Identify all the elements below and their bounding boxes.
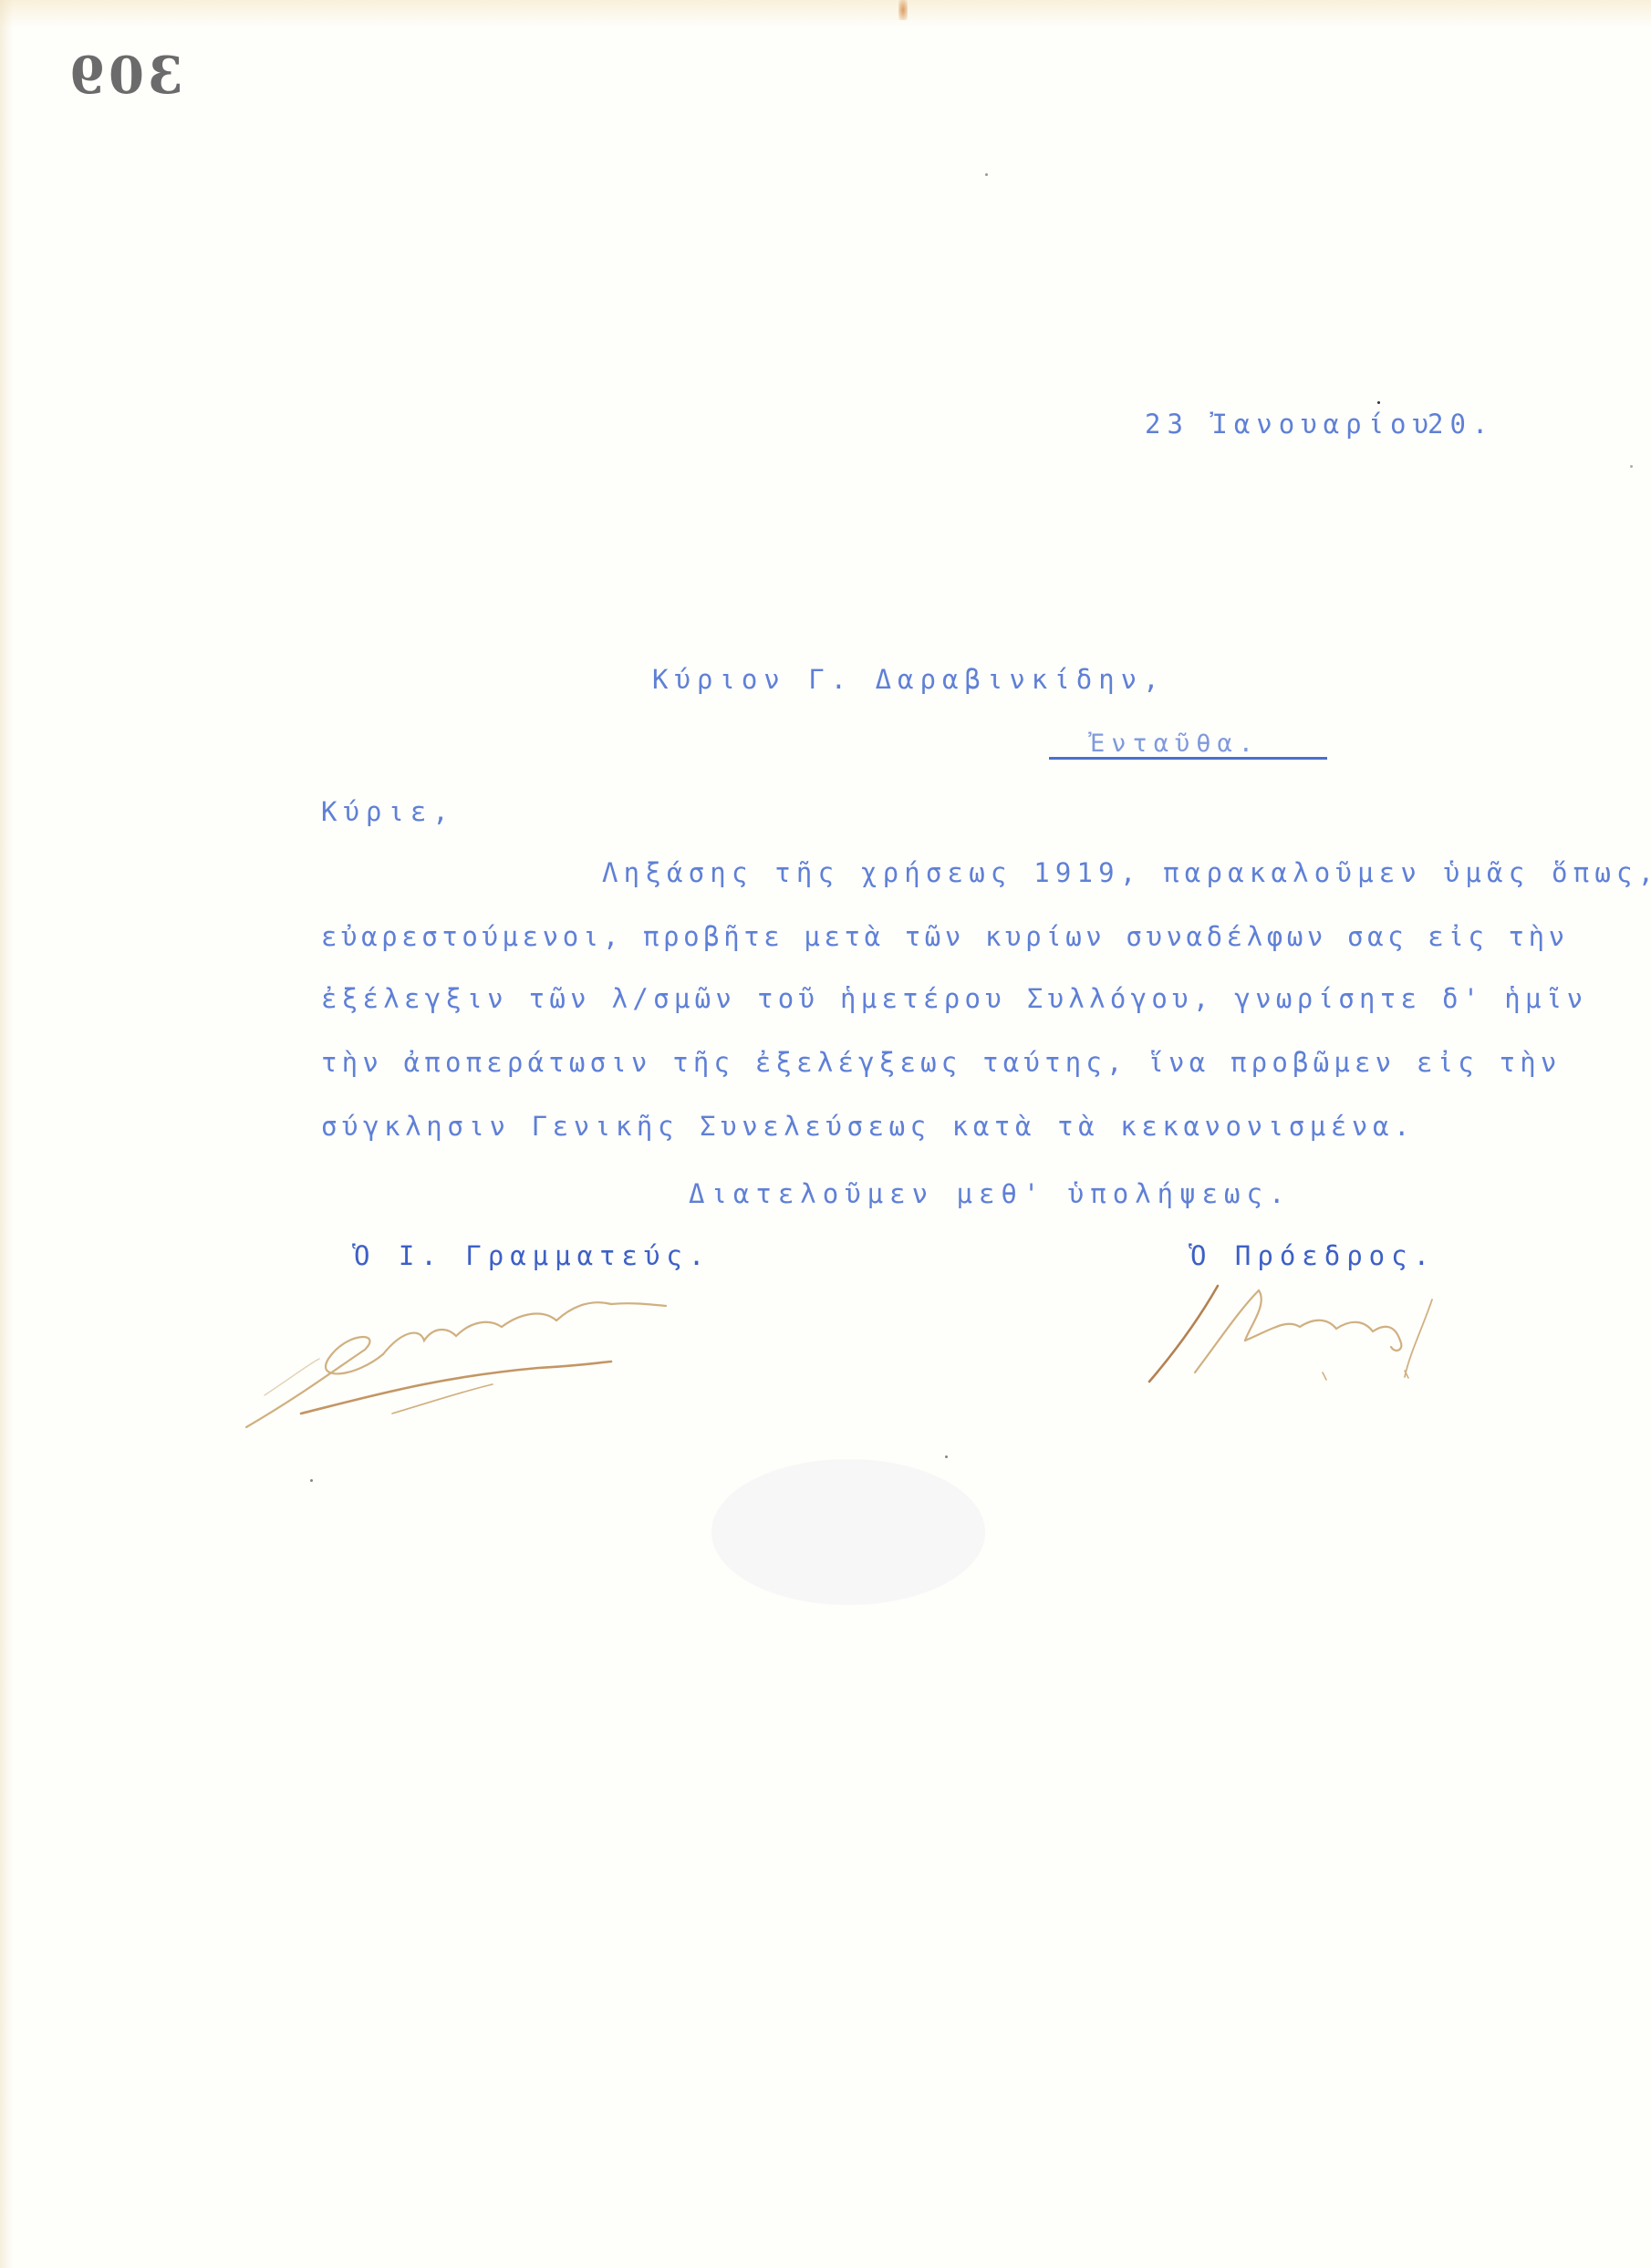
- speck: [310, 1479, 313, 1482]
- president-signature: [1131, 1263, 1514, 1400]
- folio-number-stamp: 309: [66, 46, 183, 106]
- secretary-title: Ὁ Ι. Γραμματεύς.: [354, 1240, 711, 1271]
- body-line-3: ἐξέλεγξιν τῶν λ/σμῶν τοῦ ἡμετέρου Συλλόγ…: [321, 983, 1587, 1014]
- rust-stain: [898, 0, 908, 20]
- body-line-4: τὴν ἀποπεράτωσιν τῆς ἐξελέγξεως ταύτης, …: [321, 1047, 1562, 1078]
- speck: [1630, 465, 1633, 468]
- paper-edge-top: [0, 0, 1651, 27]
- paper-showthrough: [639, 1423, 1022, 1623]
- body-line-1: Ληξάσης τῆς χρήσεως 1919, παρακαλοῦμεν ὑ…: [602, 857, 1651, 888]
- closing-formula: Διατελοῦμεν μεθ' ὑπολήψεως.: [689, 1178, 1291, 1209]
- body-line-2: εὐαρεστούμενοι, προβῆτε μετὰ τῶν κυρίων …: [321, 921, 1569, 952]
- salutation: Κύριε,: [321, 796, 455, 827]
- body-line-5: σύγκλησιν Γενικῆς Συνελεύσεως κατὰ τὰ κε…: [321, 1111, 1415, 1142]
- date-year: 20.: [1428, 409, 1494, 440]
- speck: [985, 173, 988, 176]
- speck: [1377, 401, 1380, 404]
- speck: [945, 1455, 948, 1458]
- recipient-name: Κύριον Γ. Δαραβινκίδην,: [652, 664, 1166, 695]
- date-day-month: 23 Ἰανουαρίου: [1145, 409, 1435, 440]
- location-underline: [1049, 757, 1327, 760]
- recipient-location: Ἐνταῦθα.: [1090, 730, 1260, 758]
- paper-edge-left: [0, 0, 13, 2268]
